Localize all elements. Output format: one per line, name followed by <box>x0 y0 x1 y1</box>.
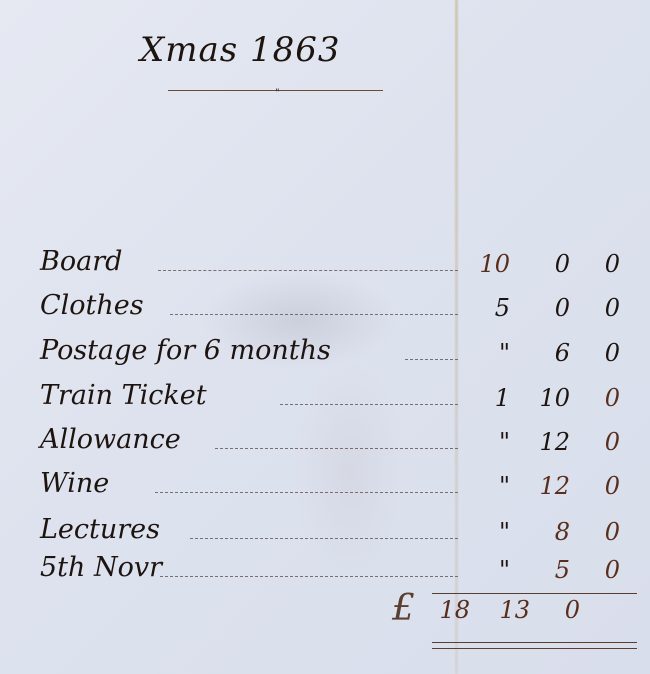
title-mark: " <box>275 88 280 99</box>
line-item: 5th Novr " 5 0 <box>40 552 640 592</box>
item-shillings: 12 <box>510 428 570 456</box>
item-pence: 0 <box>570 556 620 584</box>
item-label: Wine <box>40 468 109 499</box>
item-label: Lectures <box>40 514 160 545</box>
dot-leader <box>405 359 458 360</box>
item-pounds: " <box>465 556 510 584</box>
line-item: Postage for 6 months " 6 0 <box>40 335 640 375</box>
item-pounds: " <box>465 472 510 500</box>
item-shillings: 0 <box>510 294 570 322</box>
item-pounds: 5 <box>465 294 510 322</box>
item-pounds: 10 <box>465 250 510 278</box>
total-row: 18 13 0 <box>0 592 650 632</box>
item-pounds: " <box>465 428 510 456</box>
item-pence: 0 <box>570 472 620 500</box>
item-label: Board <box>40 246 122 277</box>
line-item: Lectures " 8 0 <box>40 514 640 554</box>
item-shillings: 6 <box>510 339 570 367</box>
item-shillings: 8 <box>510 518 570 546</box>
dot-leader <box>155 492 458 493</box>
item-pence: 0 <box>570 250 620 278</box>
total-pounds: 18 <box>425 596 470 624</box>
line-item: Clothes 5 0 0 <box>40 290 640 330</box>
item-label: Allowance <box>40 424 181 455</box>
total-double-rule-lower <box>432 648 637 649</box>
item-pence: 0 <box>570 384 620 412</box>
handwritten-account-sheet: Xmas 1863 " Board 10 0 0 Clothes 5 0 0 P… <box>0 0 650 674</box>
dot-leader <box>280 404 458 405</box>
dot-leader <box>170 314 458 315</box>
total-double-rule-upper <box>432 642 637 643</box>
line-item: Train Ticket 1 10 0 <box>40 380 640 420</box>
item-pence: 0 <box>570 294 620 322</box>
item-label: Clothes <box>40 290 144 321</box>
item-label: Postage for 6 months <box>40 335 331 366</box>
item-label: 5th Novr <box>40 552 162 583</box>
item-shillings: 10 <box>510 384 570 412</box>
line-item: Allowance " 12 0 <box>40 424 640 464</box>
line-item: Board 10 0 0 <box>40 246 640 286</box>
item-pounds: 1 <box>465 384 510 412</box>
item-pence: 0 <box>570 339 620 367</box>
dot-leader <box>158 270 458 271</box>
item-pounds: " <box>465 339 510 367</box>
item-shillings: 12 <box>510 472 570 500</box>
total-shillings: 13 <box>470 596 530 624</box>
item-pence: 0 <box>570 518 620 546</box>
item-pence: 0 <box>570 428 620 456</box>
item-pounds: " <box>465 518 510 546</box>
dot-leader <box>215 448 458 449</box>
total-pence: 0 <box>530 596 580 624</box>
dot-leader <box>160 576 458 577</box>
item-shillings: 5 <box>510 556 570 584</box>
item-shillings: 0 <box>510 250 570 278</box>
line-item: Wine " 12 0 <box>40 468 640 508</box>
dot-leader <box>190 538 458 539</box>
item-label: Train Ticket <box>40 380 207 411</box>
document-title: Xmas 1863 <box>140 30 341 70</box>
